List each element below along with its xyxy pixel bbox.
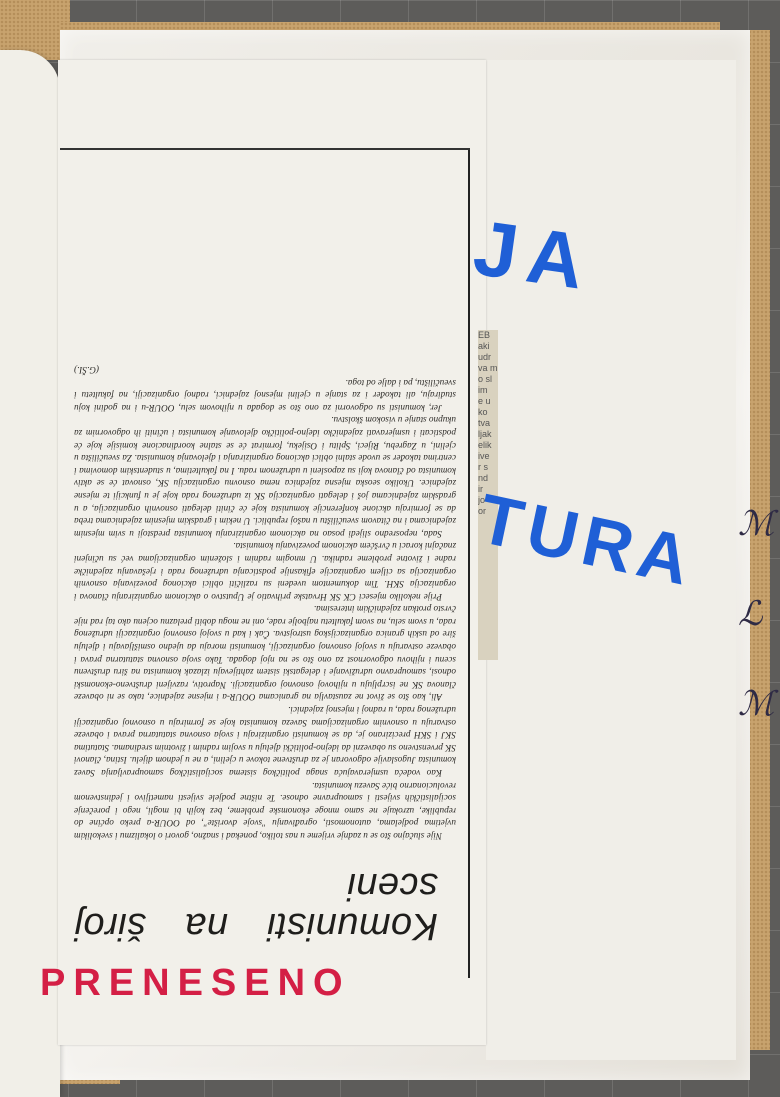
strip-fragment: elik	[478, 440, 498, 451]
newspaper-article-upside-down: Komunisti na široj sceni Nije slučajno š…	[70, 148, 470, 978]
blue-marker-ja: JA	[468, 202, 599, 309]
bottom-rule	[60, 148, 470, 150]
strip-fragment: ljak	[478, 429, 498, 440]
strip-fragment: EB	[478, 330, 498, 341]
article-body: Komunisti na široj sceni Nije slučajno š…	[74, 363, 456, 972]
pen-marks-right-edge: ℳ ℒ ℳ	[738, 480, 768, 680]
column-rule	[468, 148, 470, 978]
article-title: Komunisti na široj sceni	[74, 866, 438, 946]
red-marker-preneseno: PRENESENO	[40, 962, 351, 1005]
strip-fragment: r s	[478, 462, 498, 473]
article-paragraph: Nije slučajno što se u zadnje vrijeme u …	[74, 779, 456, 842]
article-signature: (G.ŠI.)	[74, 363, 456, 376]
left-page-edge	[0, 50, 60, 1097]
article-paragraph: Sada, neposredno slijedi posao na akcion…	[74, 414, 456, 540]
article-paragraph: Jer, komunisti su odgovorni za ono što s…	[74, 376, 456, 414]
strip-fragment: ive	[478, 451, 498, 462]
strip-fragment: va m	[478, 363, 498, 374]
strip-fragment: e u	[478, 396, 498, 407]
strip-fragment: udr	[478, 352, 498, 363]
strip-fragment: tva	[478, 418, 498, 429]
strip-fragment: o sl	[478, 374, 498, 385]
article-paragraph: Prije nekoliko mjeseci CK SK Hrvatske pr…	[74, 540, 456, 603]
strip-fragment: aki	[478, 341, 498, 352]
strip-fragment: ko	[478, 407, 498, 418]
strip-fragment: im	[478, 385, 498, 396]
article-paragraph: Kao vodeća usmjeravajuća snaga političko…	[74, 703, 456, 779]
article-paragraph: Ali, kao što se život ne zaustavlja na g…	[74, 603, 456, 704]
